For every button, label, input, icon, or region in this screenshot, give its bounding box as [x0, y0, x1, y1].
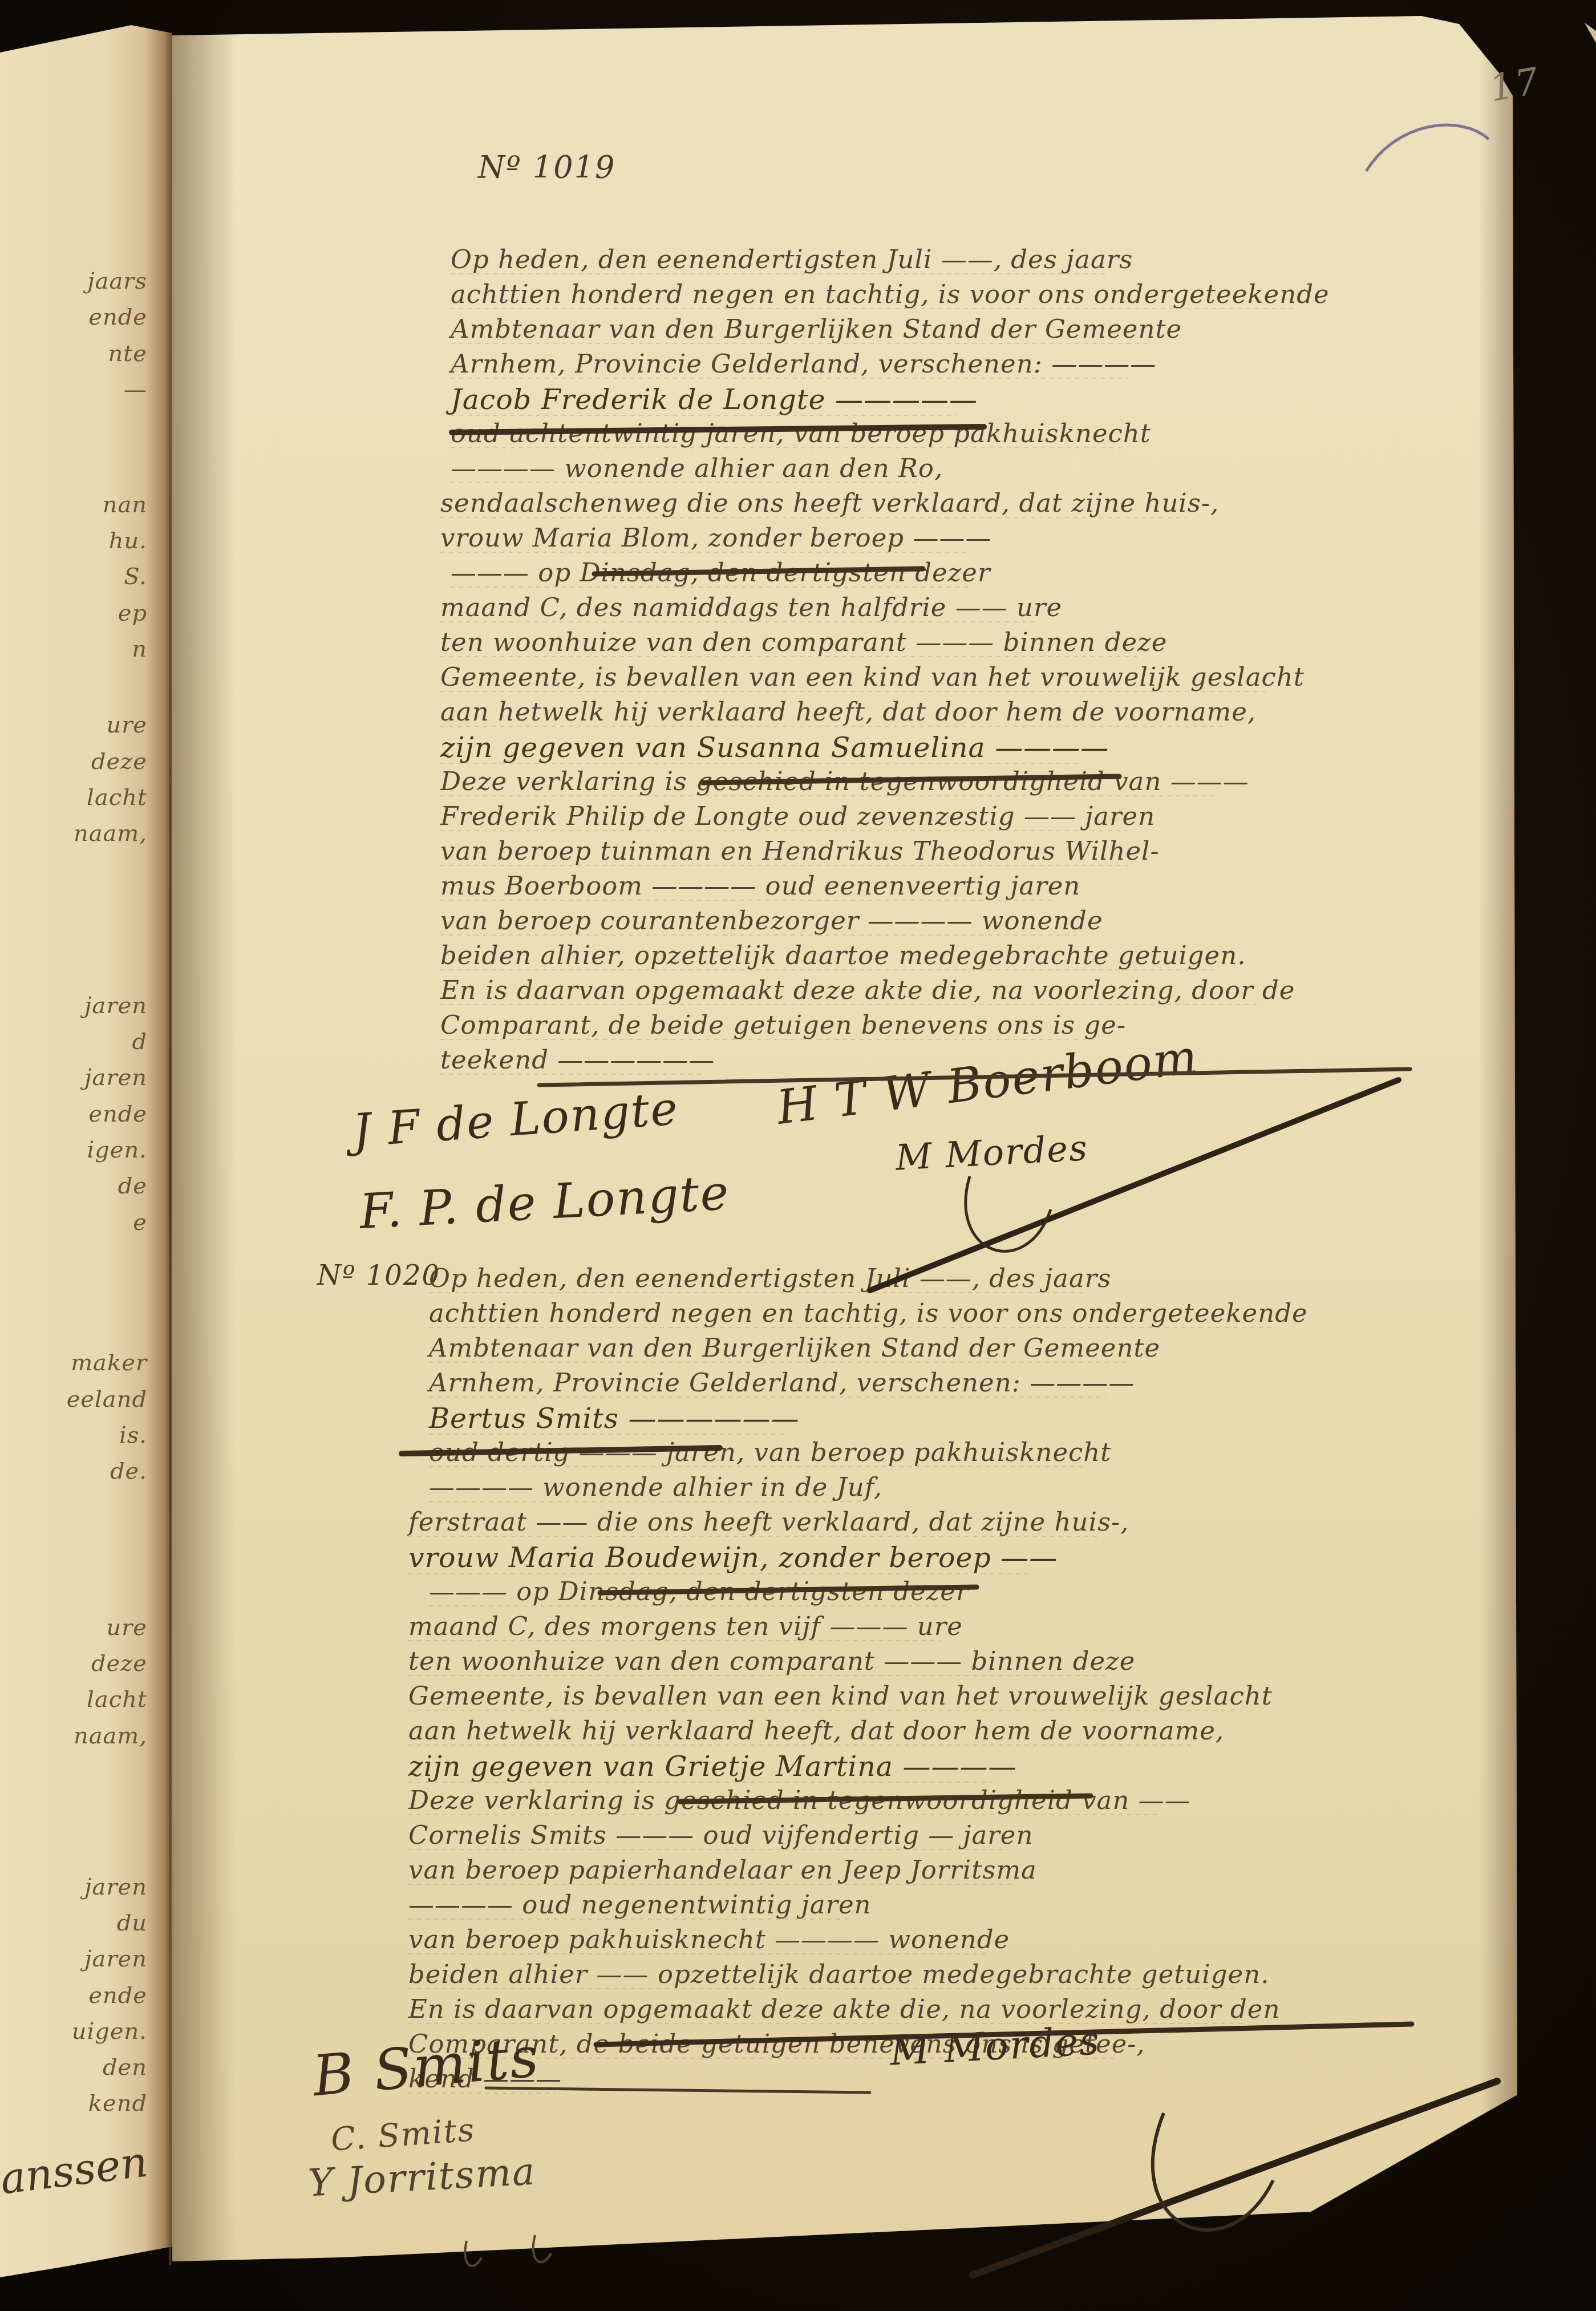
act-line-child-name: zijn gegeven van Susanna Samuelina ————: [440, 731, 1109, 764]
facing-line-fragment: hu.: [109, 528, 147, 554]
facing-line-fragment: nte: [108, 341, 147, 367]
facing-line-fragment: jaren: [84, 1946, 147, 1972]
act-line: achttien honderd negen en tachtig, is vo…: [451, 279, 1330, 309]
register-page-photo: jaars ende nte — nan hu. S. ep n ure dez…: [0, 0, 1596, 2311]
act-line: Gemeente, is bevallen van een kind van h…: [440, 662, 1305, 692]
act-line-witness2: mus Boerboom ———— oud eenenveertig jaren: [440, 871, 1080, 901]
gutter-crease: [169, 34, 171, 2265]
act-line: Op heden, den eenendertigsten Juli ——, d…: [451, 244, 1133, 274]
facing-page-edge: jaars ende nte — nan hu. S. ep n ure dez…: [0, 0, 172, 2311]
pencil-page-number: 17: [1486, 60, 1544, 110]
facing-line-fragment: ure: [106, 1614, 147, 1641]
act-line: teekend ——————: [440, 1045, 715, 1075]
facing-line-fragment: naam,: [74, 1723, 147, 1749]
act-line: ——— op Dinsdag, den dertigsten dezer: [451, 557, 990, 588]
act-line: ten woonhuize van den comparant ——— binn…: [440, 627, 1167, 657]
facing-line-fragment: du: [117, 1910, 147, 1936]
act-line: van beroep tuinman en Hendrikus Theodoru…: [440, 836, 1160, 866]
act-number-1019: Nº 1019: [478, 149, 615, 185]
act-line: aan hetwelk hij verklaard heeft, dat doo…: [440, 697, 1256, 727]
facing-line-fragment: eeland: [67, 1386, 147, 1412]
act-line: van beroep pakhuisknecht ———— wonende: [408, 1924, 1010, 1954]
facing-line-fragment: ep: [118, 600, 147, 626]
act-line: van beroep courantenbezorger ———— wonend…: [440, 905, 1103, 936]
facing-line-fragment: deze: [91, 1650, 147, 1677]
act-line: Deze verklaring is geschied in tegenwoor…: [408, 1785, 1191, 1815]
facing-page-signature-fragment: anssen: [0, 2138, 150, 2204]
folded-corner: [1585, 17, 1596, 145]
facing-line-fragment: lacht: [87, 784, 147, 811]
facing-line-fragment: deze: [91, 748, 147, 775]
facing-line-fragment: jaren: [84, 1065, 147, 1091]
act-line: Comparant, de beide getuigen benevens on…: [440, 1010, 1126, 1040]
facing-line-fragment: naam,: [74, 820, 147, 847]
act-line-witness2: van beroep papierhandelaar en Jeep Jorri…: [408, 1855, 1037, 1885]
act-line: ferstraat —— die ons heeft verklaard, da…: [408, 1507, 1129, 1537]
facing-line-fragment: S.: [124, 564, 147, 590]
facing-line-fragment: igen.: [87, 1137, 147, 1163]
act-line: Ambtenaar van den Burgerlijken Stand der…: [429, 1333, 1160, 1363]
facing-line-fragment: —: [124, 377, 147, 403]
facing-line-fragment: ende: [88, 304, 147, 330]
act-line: ———— wonende alhier in de Juf,: [429, 1472, 882, 1502]
act-line: beiden alhier —— opzettelijk daartoe med…: [408, 1959, 1269, 1989]
facing-line-fragment: de.: [110, 1458, 147, 1484]
act-line: beiden alhier, opzettelijk daartoe medeg…: [440, 940, 1246, 970]
act-line: Deze verklaring is geschied in tegenwoor…: [440, 766, 1249, 796]
act-line: Arnhem, Provincie Gelderland, verschenen…: [429, 1367, 1135, 1398]
facing-line-fragment: lacht: [87, 1686, 147, 1713]
facing-line-fragment: jaren: [84, 993, 147, 1019]
facing-line-fragment: n: [132, 636, 147, 662]
act-line: oud achtentwintig jaren, van beroep pakh…: [451, 418, 1151, 448]
act-line: achttien honderd negen en tachtig, is vo…: [429, 1298, 1308, 1328]
facing-line-fragment: uigen.: [72, 2018, 147, 2045]
act-line: Ambtenaar van den Burgerlijken Stand der…: [451, 314, 1182, 344]
act-line: Op heden, den eenendertigsten Juli ——, d…: [429, 1263, 1111, 1293]
facing-line-fragment: ende: [88, 1982, 147, 2009]
act-line: En is daarvan opgemaakt deze akte die, n…: [440, 975, 1295, 1005]
act-line: aan hetwelk hij verklaard heeft, dat doo…: [408, 1715, 1224, 1746]
act-line: Arnhem, Provincie Gelderland, verschenen…: [451, 349, 1156, 379]
act-line-mother-name: vrouw Maria Boudewijn, zonder beroep ——: [408, 1541, 1058, 1574]
facing-line-fragment: ure: [106, 712, 147, 738]
act-line: ———— oud negenentwintig jaren: [408, 1889, 872, 1920]
facing-line-fragment: e: [133, 1209, 147, 1236]
act-line: maand C, des morgens ten vijf ——— ure: [408, 1611, 963, 1641]
act-line-witness1: Frederik Philip de Longte oud zevenzesti…: [440, 801, 1155, 831]
act-line: maand C, des namiddags ten halfdrie —— u…: [440, 592, 1062, 622]
act-line: Gemeente, is bevallen van een kind van h…: [408, 1681, 1273, 1711]
facing-line-fragment: de: [118, 1173, 147, 1199]
facing-line-fragment: jaren: [84, 1874, 147, 1900]
act-line-declarant-name: Jacob Frederik de Longte —————: [451, 383, 978, 416]
act-line-mother-name: vrouw Maria Blom, zonder beroep ———: [440, 523, 991, 553]
act-number-1020: Nº 1020: [317, 1260, 440, 1292]
facing-line-fragment: den: [103, 2054, 147, 2081]
facing-line-fragment: nan: [103, 492, 147, 518]
act-line: En is daarvan opgemaakt deze akte die, n…: [408, 1994, 1280, 2024]
act-line-declarant-name: Bertus Smits ——————: [429, 1402, 800, 1435]
act-line-witness1: Cornelis Smits ——— oud vijfendertig — ja…: [408, 1820, 1033, 1850]
facing-line-fragment: maker: [71, 1350, 147, 1376]
facing-line-fragment: kend: [88, 2090, 147, 2116]
facing-line-fragment: is.: [119, 1422, 147, 1448]
facing-line-fragment: jaars: [87, 268, 147, 294]
act-line: sendaalschenweg die ons heeft verklaard,…: [440, 488, 1219, 518]
facing-line-fragment: ende: [88, 1101, 147, 1127]
act-line-child-name: zijn gegeven van Grietje Martina ————: [408, 1750, 1017, 1783]
act-line: ———— wonende alhier aan den Ro,: [451, 453, 943, 483]
act-line: ——— op Dinsdag, den dertigsten dezer: [429, 1576, 969, 1606]
act-line: oud dertig ——— jaren, van beroep pakhuis…: [429, 1437, 1111, 1467]
facing-line-fragment: d: [132, 1029, 147, 1055]
act-line: ten woonhuize van den comparant ——— binn…: [408, 1646, 1135, 1676]
